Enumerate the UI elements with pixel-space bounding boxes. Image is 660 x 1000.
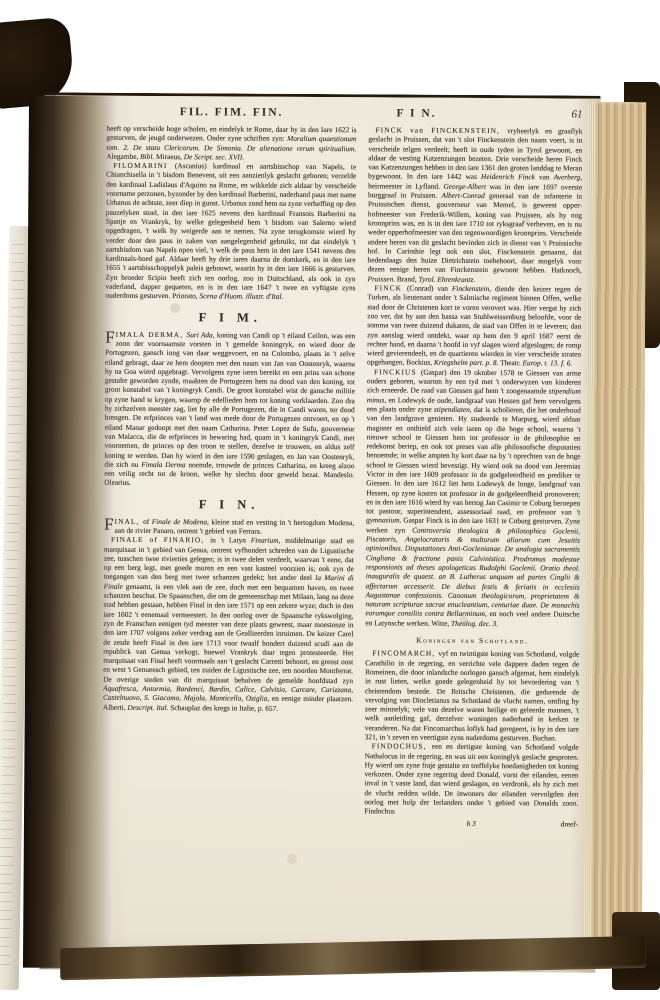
entry-paragraph: FINDOCHUS, een en dertigste koning van S… bbox=[364, 742, 578, 818]
fore-edge bbox=[584, 102, 646, 960]
column-left: heeft op verscheide hoge scholen, en ein… bbox=[102, 124, 356, 828]
page-content: FIL. FIM. FIN. F I N. 61 heeft op versch… bbox=[101, 106, 582, 945]
running-head-right: F I N. bbox=[397, 107, 437, 119]
running-head: FIL. FIM. FIN. F I N. 61 bbox=[107, 106, 583, 121]
entry-headword: FINCOMARCH, bbox=[372, 649, 438, 658]
text-columns: heeft op verscheide hoge scholen, en ein… bbox=[102, 124, 582, 830]
section-heading: F I M. bbox=[105, 309, 355, 325]
entry-headword: FINDOCHUS, bbox=[372, 742, 432, 751]
entry-headword: FINCKIUS bbox=[374, 367, 421, 376]
column-right: FINCK van FINCKENSTEIN, vryheerlyk en gr… bbox=[364, 125, 582, 829]
page-number: 61 bbox=[572, 109, 583, 121]
section-heading: F I N. bbox=[104, 496, 354, 512]
entry-headword: FINALE of FINARIO, bbox=[111, 535, 210, 545]
facing-page-text-fragments bbox=[0, 240, 25, 974]
entry-paragraph: FINCK (Conrad) van Finckenstein, diende … bbox=[367, 283, 582, 368]
entry-paragraph: FIMALA DERMA, Suri Ada, koning van Candi… bbox=[104, 329, 355, 489]
entry-headword: FINCK bbox=[374, 283, 407, 292]
entry-paragraph: FINAL, of Finale de Modena, kleine stad … bbox=[104, 516, 354, 536]
entry-headword: FILOMARINI bbox=[113, 161, 175, 170]
running-head-left: FIL. FIM. FIN. bbox=[107, 106, 357, 120]
book-page: FIL. FIM. FIN. F I N. 61 heeft op versch… bbox=[39, 92, 600, 972]
gathering-signature: h 3 bbox=[467, 819, 476, 828]
subsection-heading: Koningen van Schotland. bbox=[365, 635, 579, 646]
entry-headword: FINCK van FINCKENSTEIN, bbox=[375, 125, 507, 135]
column-footer: h 3 dreef- bbox=[364, 818, 578, 829]
entry-paragraph: FINCKIUS (Gaspar) den 19 oktober 1578 te… bbox=[365, 367, 581, 629]
continuation-paragraph: heeft op verscheide hoge scholen, en ein… bbox=[106, 124, 356, 163]
gutter-shadow bbox=[23, 96, 117, 969]
book-photograph: FIL. FIM. FIN. F I N. 61 heeft op versch… bbox=[0, 0, 660, 1000]
entry-paragraph: FINALE of FINARIO, in 't Latyn Finarium,… bbox=[103, 535, 354, 713]
entry-paragraph: FILOMARINI (Ascanius) kardinaal en aarts… bbox=[105, 161, 356, 302]
entry-headword: IMALA DERMA, bbox=[116, 329, 187, 338]
entry-headword: INAL, bbox=[115, 516, 144, 525]
entry-paragraph: FINCOMARCH, vyf en twintigste koning van… bbox=[365, 649, 580, 743]
catchword: dreef- bbox=[561, 819, 579, 828]
entry-paragraph: FINCK van FINCKENSTEIN, vryheerlyk en gr… bbox=[368, 125, 583, 284]
